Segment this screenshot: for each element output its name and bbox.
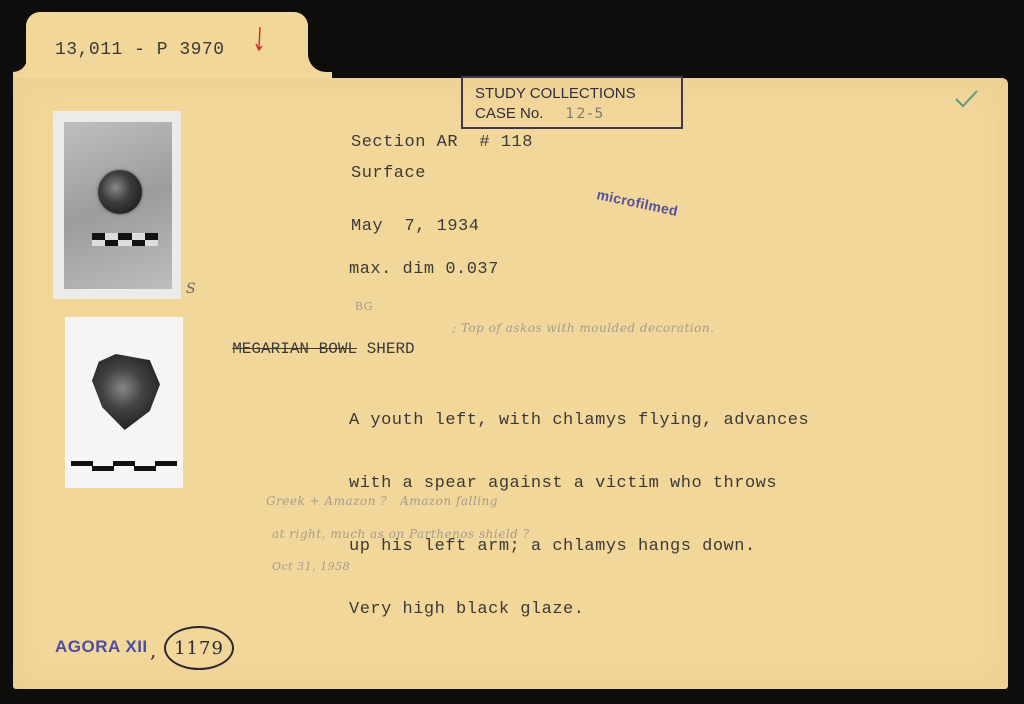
section-field: Section AR # 118 [351,133,533,152]
date-field: May 7, 1934 [351,217,479,236]
sherd-image [98,170,142,214]
sherd-photo-detail [65,317,183,488]
case-number: 12-5 [566,106,606,122]
pencil-note-line: at right, much as on Parthenos shield ? [272,527,530,541]
pencil-note-date: Oct 31, 1958 [272,560,350,573]
photo-mark: S [186,281,196,297]
object-title: MEGARIAN BOWL SHERD [213,322,415,358]
object-title-rest: SHERD [357,340,415,358]
tab-label: 13,011 - P 3970 [55,40,225,60]
description-line: A youth left, with chlamys flying, advan… [349,410,809,431]
pencil-title-addendum: ; Top of askos with moulded decoration. [452,321,714,335]
stamp-line-1: STUDY COLLECTIONS [475,84,681,104]
object-title-struck: MEGARIAN BOWL [232,340,357,358]
catalog-number: 1179 [164,626,234,670]
description-line: with a spear against a victim who throws [349,473,809,494]
dimension-field: max. dim 0.037 [349,260,499,279]
description-line: Very high black glaze. [349,599,809,620]
separator-comma: , [150,638,156,662]
pencil-bg-note: BG [355,300,373,313]
location-field: Surface [351,164,426,183]
red-arrow-mark-icon [255,26,263,54]
stamp-case-label: CASE No. [475,105,543,122]
green-checkmark-icon [954,88,980,110]
pencil-note-line: Greek + Amazon ? Amazon falling [266,494,498,508]
scale-bar-icon [92,233,158,246]
study-collections-stamp: STUDY COLLECTIONS CASE No. 12-5 [461,76,683,129]
sherd-image [92,354,160,430]
scale-bar-icon [71,461,177,471]
publication-stamp: AGORA XII [55,637,148,657]
sherd-photo-exterior [53,111,181,299]
